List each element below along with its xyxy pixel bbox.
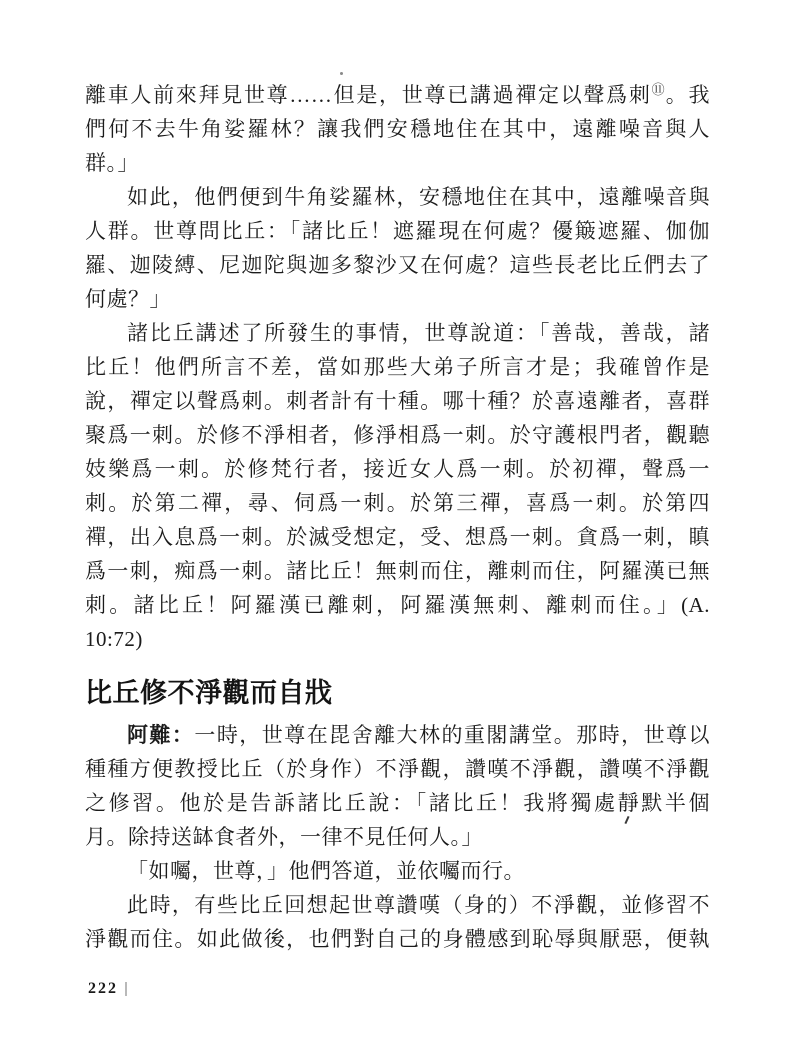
text-run: 離車人前來拜見世尊……但是，世尊已講過禪定以聲爲刺 (85, 83, 652, 107)
scan-artifact-dot (340, 72, 343, 75)
text-line: 諸比丘講述了所發生的事情，世尊說道：「善哉，善哉，諸 (85, 316, 710, 350)
text-line: 羅、迦陵縛、尼迦陀與迦多黎沙又在何處？這些長老比丘們去了 (85, 248, 710, 282)
text-line: 此時，有些比丘回想起世尊讚嘆（身的）不淨觀，並修習不 (85, 888, 710, 922)
book-page: 離車人前來拜見世尊……但是，世尊已講過禪定以聲爲刺⑪。我 們何不去牛角娑羅林？讓… (0, 0, 792, 1056)
text-line: 刺。諸比丘！阿羅漢已離刺，阿羅漢無刺、離刺而住。」(A. (85, 588, 710, 622)
text-line: 比丘！他們所言不差，當如那些大弟子所言才是；我確曾作是 (85, 350, 710, 384)
text-line: 群。」 (85, 146, 710, 180)
text-line: 禪，出入息爲一刺。於滅受想定，受、想爲一刺。貪爲一刺，瞋 (85, 520, 710, 554)
text-line: 種種方便教授比丘（於身作）不淨觀，讚嘆不淨觀，讚嘆不淨觀 (85, 752, 710, 786)
text-block: 離車人前來拜見世尊……但是，世尊已講過禪定以聲爲刺⑪。我 們何不去牛角娑羅林？讓… (85, 78, 710, 956)
footer-divider (125, 982, 127, 996)
text-line: 爲一刺，痴爲一刺。諸比丘！無刺而住，離刺而住，阿羅漢已無 (85, 554, 710, 588)
footnote-ref: ⑪ (652, 82, 666, 97)
text-line: 阿難：一時，世尊在毘舍離大林的重閣講堂。那時，世尊以 (85, 718, 710, 752)
text-line: 們何不去牛角娑羅林？讓我們安穩地住在其中，遠離噪音與人 (85, 112, 710, 146)
text-line: 離車人前來拜見世尊……但是，世尊已講過禪定以聲爲刺⑪。我 (85, 78, 710, 112)
page-number: 222 (88, 980, 118, 998)
text-run: 。我 (666, 83, 710, 107)
text-line: 聚爲一刺。於修不淨相者，修淨相爲一刺。於守護根門者，觀聽 (85, 418, 710, 452)
citation-line: 10:72) (85, 622, 710, 656)
text-line: 淨觀而住。如此做後，也們對自己的身體感到恥辱與厭惡，便執 (85, 922, 710, 956)
text-line: 刺。於第二禪，尋、伺爲一刺。於第三禪，喜爲一刺。於第四 (85, 486, 710, 520)
text-line: 「如囑，世尊，」他們答道，並依囑而行。 (85, 854, 710, 888)
text-line: 妓樂爲一刺。於修梵行者，接近女人爲一刺。於初禪，聲爲一 (85, 452, 710, 486)
text-line: 月。除持送缽食者外，一律不見任何人。」 (85, 820, 710, 854)
paragraph: 諸比丘講述了所發生的事情，世尊說道：「善哉，善哉，諸 比丘！他們所言不差，當如那… (85, 316, 710, 656)
paragraph: 離車人前來拜見世尊……但是，世尊已講過禪定以聲爲刺⑪。我 們何不去牛角娑羅林？讓… (85, 78, 710, 180)
speaker-label: 阿難： (127, 723, 194, 747)
paragraph: 阿難：一時，世尊在毘舍離大林的重閣講堂。那時，世尊以 種種方便教授比丘（於身作）… (85, 718, 710, 854)
paragraph: 如此，他們便到牛角娑羅林，安穩地住在其中，遠離噪音與 人群。世尊問比丘：「諸比丘… (85, 180, 710, 316)
text-line: 之修習。他於是告訴諸比丘說：「諸比丘！我將獨處靜默半個 (85, 786, 710, 820)
page-footer: 222 (88, 980, 127, 998)
section-heading: 比丘修不淨觀而自戕 (85, 676, 710, 710)
text-line: 如此，他們便到牛角娑羅林，安穩地住在其中，遠離噪音與 (85, 180, 710, 214)
paragraph: 「如囑，世尊，」他們答道，並依囑而行。 (85, 854, 710, 888)
text-line: 何處？」 (85, 282, 710, 316)
text-run: 一時，世尊在毘舍離大林的重閣講堂。那時，世尊以 (194, 723, 710, 747)
text-line: 人群。世尊問比丘：「諸比丘！遮羅現在何處？優簸遮羅、伽伽 (85, 214, 710, 248)
paragraph: 此時，有些比丘回想起世尊讚嘆（身的）不淨觀，並修習不 淨觀而住。如此做後，也們對… (85, 888, 710, 956)
text-line: 說，禪定以聲爲刺。刺者計有十種。哪十種？於喜遠離者，喜群 (85, 384, 710, 418)
